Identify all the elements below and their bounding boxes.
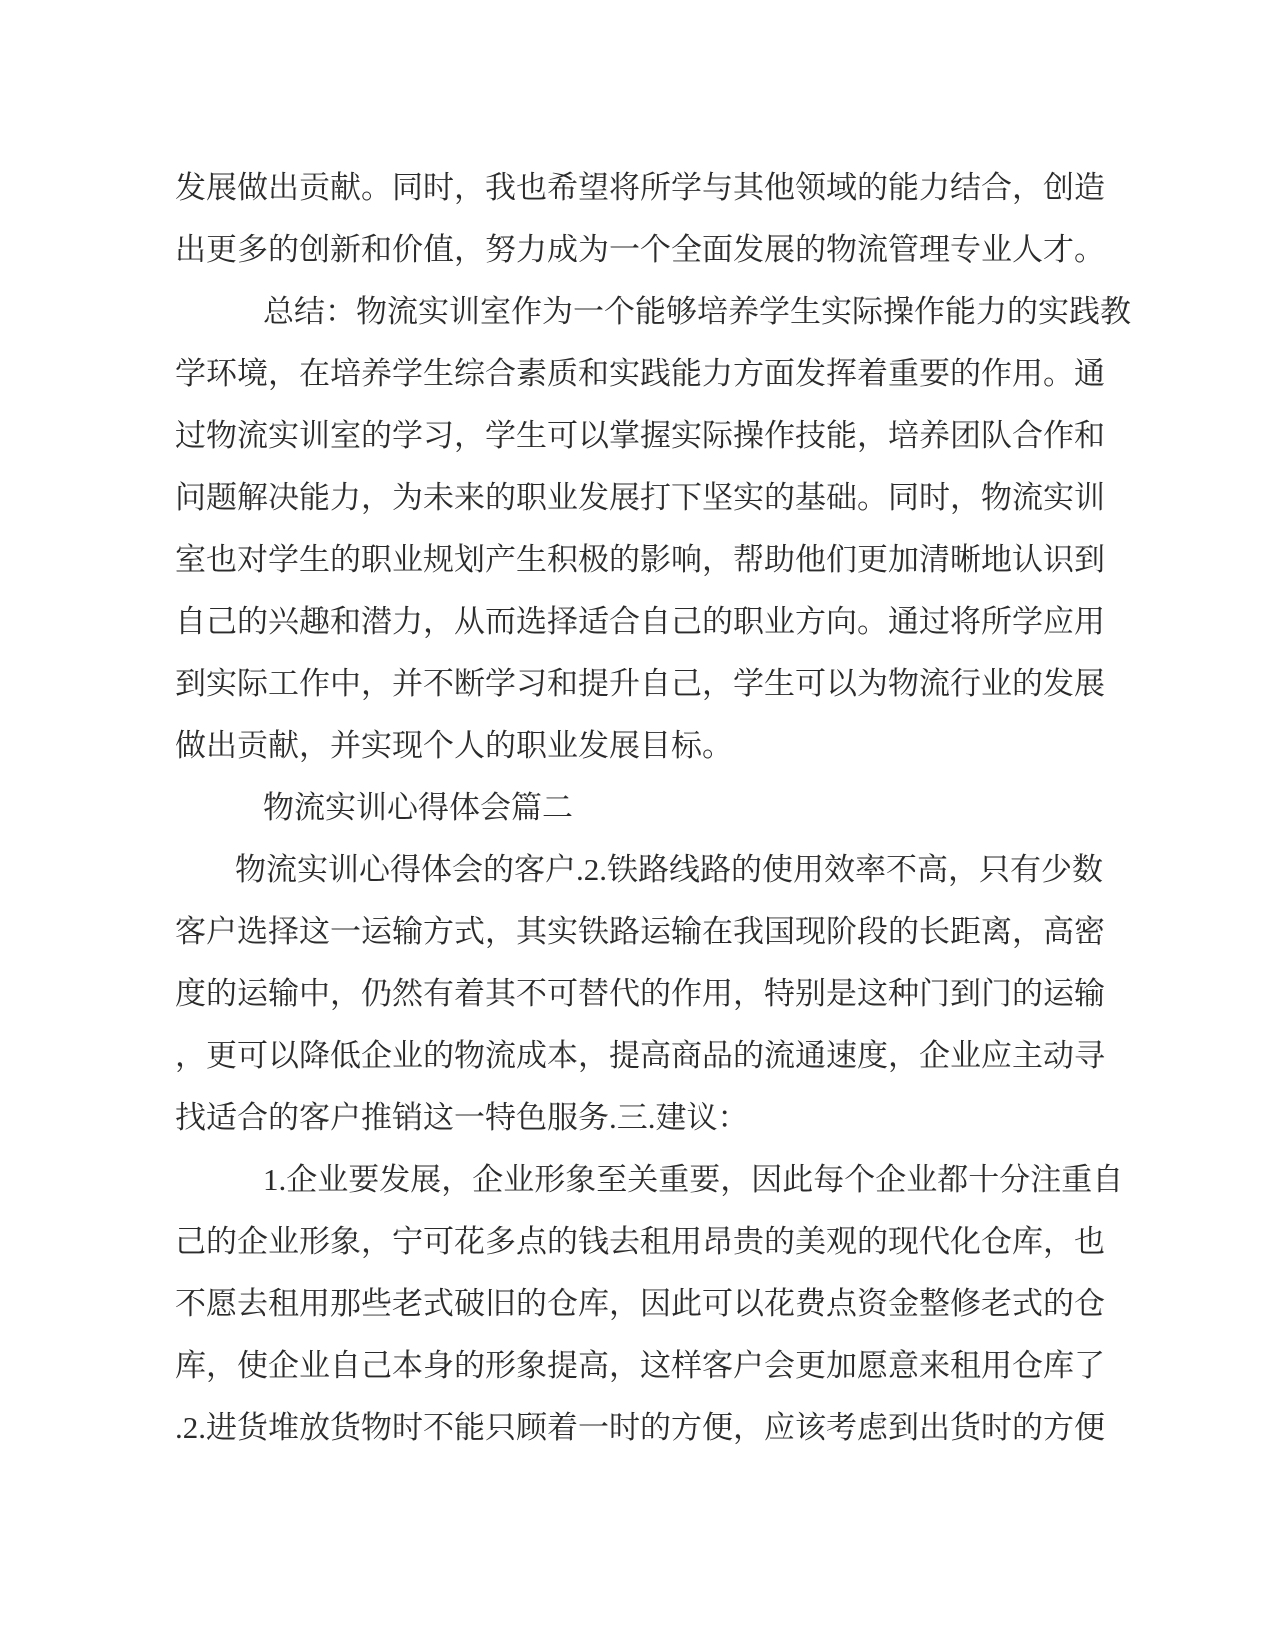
text-line: 室也对学生的职业规划产生积极的影响，帮助他们更加清晰地认识到 — [175, 542, 1095, 584]
text-line: 自己的兴趣和潜力，从而选择适合自己的职业方向。通过将所学应用 — [175, 604, 1095, 646]
text-line: 物流实训心得体会篇二 — [175, 790, 1095, 832]
text-line: 物流实训心得体会的客户.2.铁路线路的使用效率不高，只有少数 — [175, 852, 1095, 894]
text-line: 客户选择这一运输方式，其实铁路运输在我国现阶段的长距离，高密 — [175, 914, 1095, 956]
text-line: 度的运输中，仍然有着其不可替代的作用，特别是这种门到门的运输 — [175, 976, 1095, 1018]
text-line: .2.进货堆放货物时不能只顾着一时的方便，应该考虑到出货时的方便 — [175, 1410, 1095, 1452]
text-line: ，更可以降低企业的物流成本，提高商品的流通速度，企业应主动寻 — [175, 1038, 1095, 1080]
text-line: 到实际工作中，并不断学习和提升自己，学生可以为物流行业的发展 — [175, 666, 1095, 708]
text-line: 库，使企业自己本身的形象提高，这样客户会更加愿意来租用仓库了 — [175, 1348, 1095, 1390]
text-line: 1.企业要发展，企业形象至关重要，因此每个企业都十分注重自 — [175, 1162, 1095, 1204]
text-line: 出更多的创新和价值，努力成为一个全面发展的物流管理专业人才。 — [175, 232, 1095, 274]
text-line: 不愿去租用那些老式破旧的仓库，因此可以花费点资金整修老式的仓 — [175, 1286, 1095, 1328]
document-page: 发展做出贡献。同时，我也希望将所学与其他领域的能力结合，创造 出更多的创新和价值… — [0, 0, 1275, 1650]
text-line: 做出贡献，并实现个人的职业发展目标。 — [175, 728, 1095, 770]
text-line: 己的企业形象，宁可花多点的钱去租用昂贵的美观的现代化仓库，也 — [175, 1224, 1095, 1266]
text-line: 发展做出贡献。同时，我也希望将所学与其他领域的能力结合，创造 — [175, 170, 1095, 212]
text-line: 学环境，在培养学生综合素质和实践能力方面发挥着重要的作用。通 — [175, 356, 1095, 398]
text-line: 总结：物流实训室作为一个能够培养学生实际操作能力的实践教 — [175, 294, 1095, 336]
text-line: 问题解决能力，为未来的职业发展打下坚实的基础。同时，物流实训 — [175, 480, 1095, 522]
text-line: 找适合的客户推销这一特色服务.三.建议： — [175, 1100, 1095, 1142]
text-line: 过物流实训室的学习，学生可以掌握实际操作技能，培养团队合作和 — [175, 418, 1095, 460]
